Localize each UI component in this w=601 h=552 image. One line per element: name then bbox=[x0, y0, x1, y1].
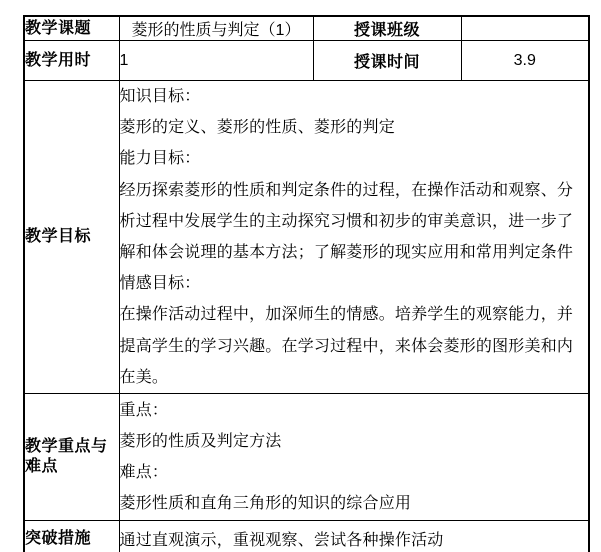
measures-value: 通过直观演示，重视观察、尝试各种操作活动 bbox=[119, 521, 589, 552]
focus-line: 菱形性质和直角三角形的知识的综合应用 bbox=[120, 488, 589, 519]
focus-line: 菱形的性质及判定方法 bbox=[120, 426, 589, 457]
row-focus: 教学重点与难点 重点： 菱形的性质及判定方法 难点： 菱形性质和直角三角形的知识… bbox=[24, 394, 589, 521]
focus-line: 重点： bbox=[120, 395, 589, 426]
row-measures: 突破措施 通过直观演示，重视观察、尝试各种操作活动 bbox=[24, 521, 589, 552]
focus-label: 教学重点与难点 bbox=[24, 394, 119, 521]
time-label: 授课时间 bbox=[313, 41, 461, 81]
row-goals: 教学目标 知识目标： 菱形的定义、菱形的性质、菱形的判定 能力目标： 经历探索菱… bbox=[24, 81, 589, 394]
goals-line: 在操作活动过程中，加深师生的情感。培养学生的观察能力，并 bbox=[120, 299, 589, 330]
lesson-plan-table: 教学课题 菱形的性质与判定（1） 授课班级 教学用时 1 授课时间 3.9 教学… bbox=[23, 15, 590, 552]
goals-line: 经历探索菱形的性质和判定条件的过程，在操作活动和观察、分 bbox=[120, 175, 589, 206]
topic-value: 菱形的性质与判定（1） bbox=[119, 16, 313, 41]
goals-line: 能力目标： bbox=[120, 143, 589, 174]
goals-line: 情感目标： bbox=[120, 268, 589, 299]
goals-line: 在美。 bbox=[120, 362, 589, 393]
class-label: 授课班级 bbox=[313, 16, 461, 41]
goals-line: 菱形的定义、菱形的性质、菱形的判定 bbox=[120, 112, 589, 143]
goals-line: 析过程中发展学生的主动探究习惯和初步的审美意识，进一步了 bbox=[120, 206, 589, 237]
focus-content: 重点： 菱形的性质及判定方法 难点： 菱形性质和直角三角形的知识的综合应用 bbox=[119, 394, 589, 521]
time-value: 3.9 bbox=[461, 41, 589, 81]
focus-line: 难点： bbox=[120, 457, 589, 488]
row-topic: 教学课题 菱形的性质与判定（1） 授课班级 bbox=[24, 16, 589, 41]
goals-line: 提高学生的学习兴趣。在学习过程中，来体会菱形的图形美和内 bbox=[120, 331, 589, 362]
goals-content: 知识目标： 菱形的定义、菱形的性质、菱形的判定 能力目标： 经历探索菱形的性质和… bbox=[119, 81, 589, 394]
class-value bbox=[461, 16, 589, 41]
lesson-plan-page: 教学课题 菱形的性质与判定（1） 授课班级 教学用时 1 授课时间 3.9 教学… bbox=[0, 0, 601, 552]
duration-label: 教学用时 bbox=[24, 41, 119, 81]
row-duration: 教学用时 1 授课时间 3.9 bbox=[24, 41, 589, 81]
measures-label: 突破措施 bbox=[24, 521, 119, 552]
topic-label: 教学课题 bbox=[24, 16, 119, 41]
goals-label: 教学目标 bbox=[24, 81, 119, 394]
duration-value: 1 bbox=[119, 41, 313, 81]
goals-line: 解和体会说理的基本方法；了解菱形的现实应用和常用判定条件 bbox=[120, 237, 589, 268]
goals-line: 知识目标： bbox=[120, 81, 589, 112]
